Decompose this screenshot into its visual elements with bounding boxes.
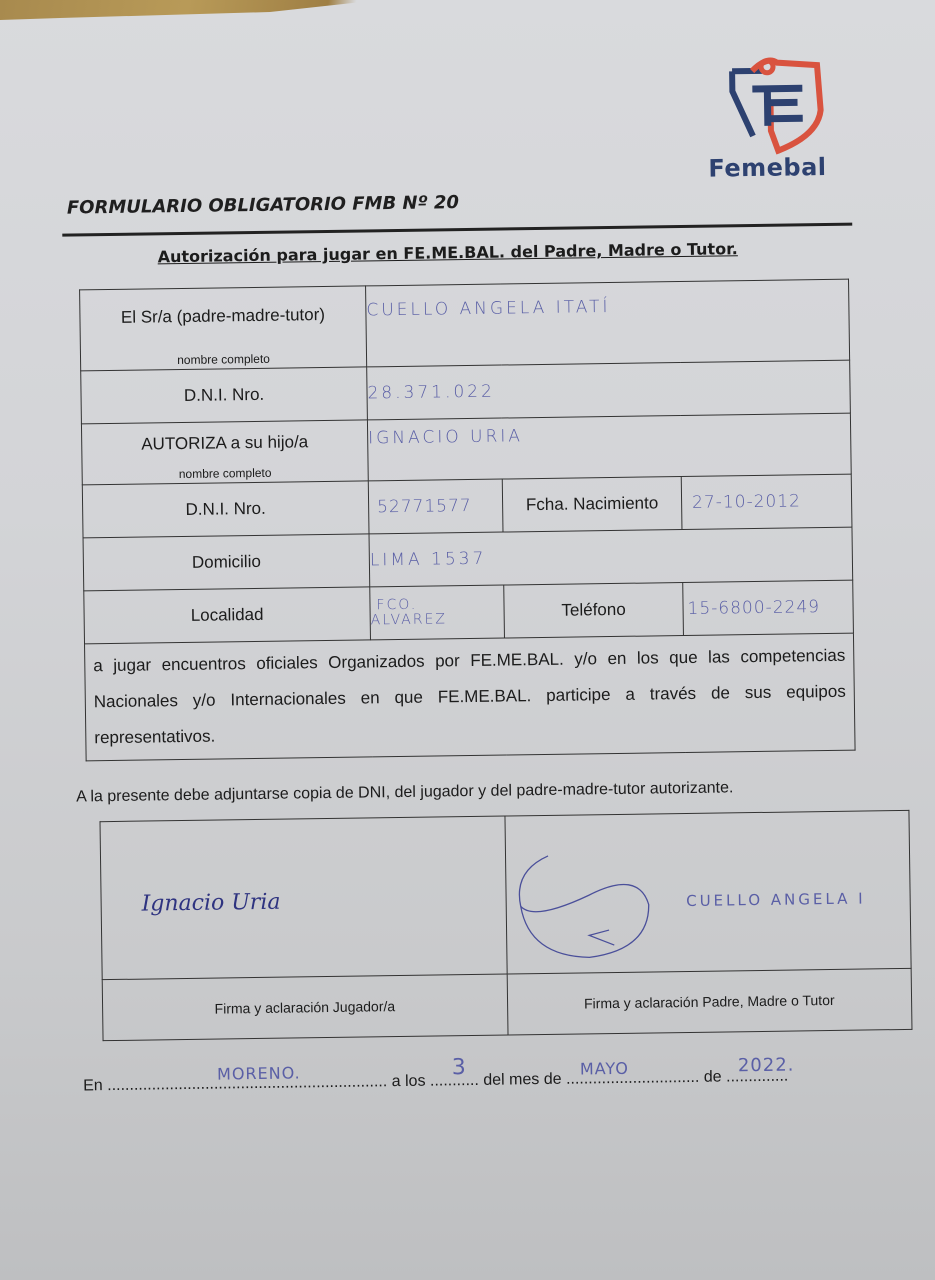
- signature-table: Ignacio Uria CUELLO ANGELA I Firma y acl…: [99, 810, 912, 1041]
- child-name-label: AUTORIZA a su hijo/a: [82, 431, 367, 455]
- parent-name-label-cell: El Sr/a (padre-madre-tutor) nombre compl…: [80, 286, 367, 371]
- phone-label: Teléfono: [504, 583, 684, 638]
- year-value: 2022.: [738, 1055, 795, 1077]
- en-label: En: [83, 1077, 103, 1094]
- child-name-field[interactable]: IGNACIO URIA: [367, 413, 851, 481]
- day-field[interactable]: ...........3: [430, 1072, 479, 1091]
- form-page: Femebal FORMULARIO OBLIGATORIO FMB Nº 20…: [0, 0, 935, 1280]
- month-field[interactable]: ..............................MAYO: [566, 1069, 700, 1089]
- birth-date-label: Fcha. Nacimiento: [502, 477, 682, 532]
- parent-signature-label: Firma y aclaración Padre, Madre o Tutor: [507, 968, 912, 1035]
- parent-dni-label: D.N.I. Nro.: [81, 367, 368, 424]
- phone-field[interactable]: 15-6800-2249: [683, 580, 854, 635]
- address-field[interactable]: LIMA 1537: [369, 527, 853, 587]
- parent-name-label: El Sr/a (padre-madre-tutor): [80, 304, 365, 328]
- de-label: de: [704, 1069, 722, 1086]
- mes-label: del mes de: [483, 1071, 561, 1089]
- year-field[interactable]: ..............2022.: [726, 1068, 788, 1087]
- child-dni-field[interactable]: 52771577: [368, 479, 503, 534]
- player-signature: Ignacio Uria: [141, 890, 280, 917]
- form-subtitle: Autorización para jugar en FE.ME.BAL. de…: [157, 239, 737, 266]
- city-label: Localidad: [84, 587, 371, 644]
- parent-signature-name: CUELLO ANGELA I: [686, 890, 866, 911]
- signature-scribble-icon: [507, 834, 679, 966]
- title-divider: [62, 223, 852, 237]
- city-field[interactable]: FCO. ALVAREZ: [370, 585, 505, 640]
- femebal-shield-icon: [722, 50, 833, 157]
- authorization-paragraph: a jugar encuentros oficiales Organizados…: [85, 633, 856, 761]
- child-name-sublabel: nombre completo: [83, 464, 368, 482]
- form-title: FORMULARIO OBLIGATORIO FMB Nº 20: [67, 192, 459, 218]
- attachment-note: A la presente debe adjuntarse copia de D…: [76, 779, 733, 806]
- place-field[interactable]: ........................................…: [107, 1073, 387, 1095]
- parent-signature-box[interactable]: CUELLO ANGELA I: [504, 810, 911, 974]
- address-label: Domicilio: [83, 534, 370, 591]
- parent-name-sublabel: nombre completo: [81, 350, 366, 368]
- table-row: El Sr/a (padre-madre-tutor) nombre compl…: [80, 279, 850, 371]
- parent-dni-field[interactable]: 28.371.022: [367, 360, 851, 420]
- child-name-label-cell: AUTORIZA a su hijo/a nombre completo: [81, 420, 368, 485]
- city-line-2: ALVAREZ: [371, 612, 504, 629]
- table-row: AUTORIZA a su hijo/a nombre completo IGN…: [81, 413, 851, 485]
- logo-text: Femebal: [708, 153, 826, 183]
- place-value: MORENO.: [217, 1063, 301, 1083]
- month-value: MAYO: [580, 1059, 629, 1079]
- table-row: Firma y aclaración Jugador/a Firma y acl…: [102, 968, 912, 1040]
- table-row: a jugar encuentros oficiales Organizados…: [85, 633, 856, 761]
- child-dni-label: D.N.I. Nro.: [82, 481, 369, 538]
- day-value: 3: [452, 1055, 467, 1080]
- player-signature-box[interactable]: Ignacio Uria: [100, 816, 507, 980]
- parent-name-field[interactable]: CUELLO ANGELA ITATÍ: [366, 279, 850, 367]
- date-line: En .....................................…: [83, 1068, 788, 1096]
- birth-date-field[interactable]: 27-10-2012: [681, 474, 852, 529]
- player-signature-label: Firma y aclaración Jugador/a: [102, 974, 507, 1041]
- table-row: Ignacio Uria CUELLO ANGELA I: [100, 810, 911, 979]
- a-los-label: a los: [392, 1073, 426, 1090]
- authorization-table: El Sr/a (padre-madre-tutor) nombre compl…: [79, 279, 856, 762]
